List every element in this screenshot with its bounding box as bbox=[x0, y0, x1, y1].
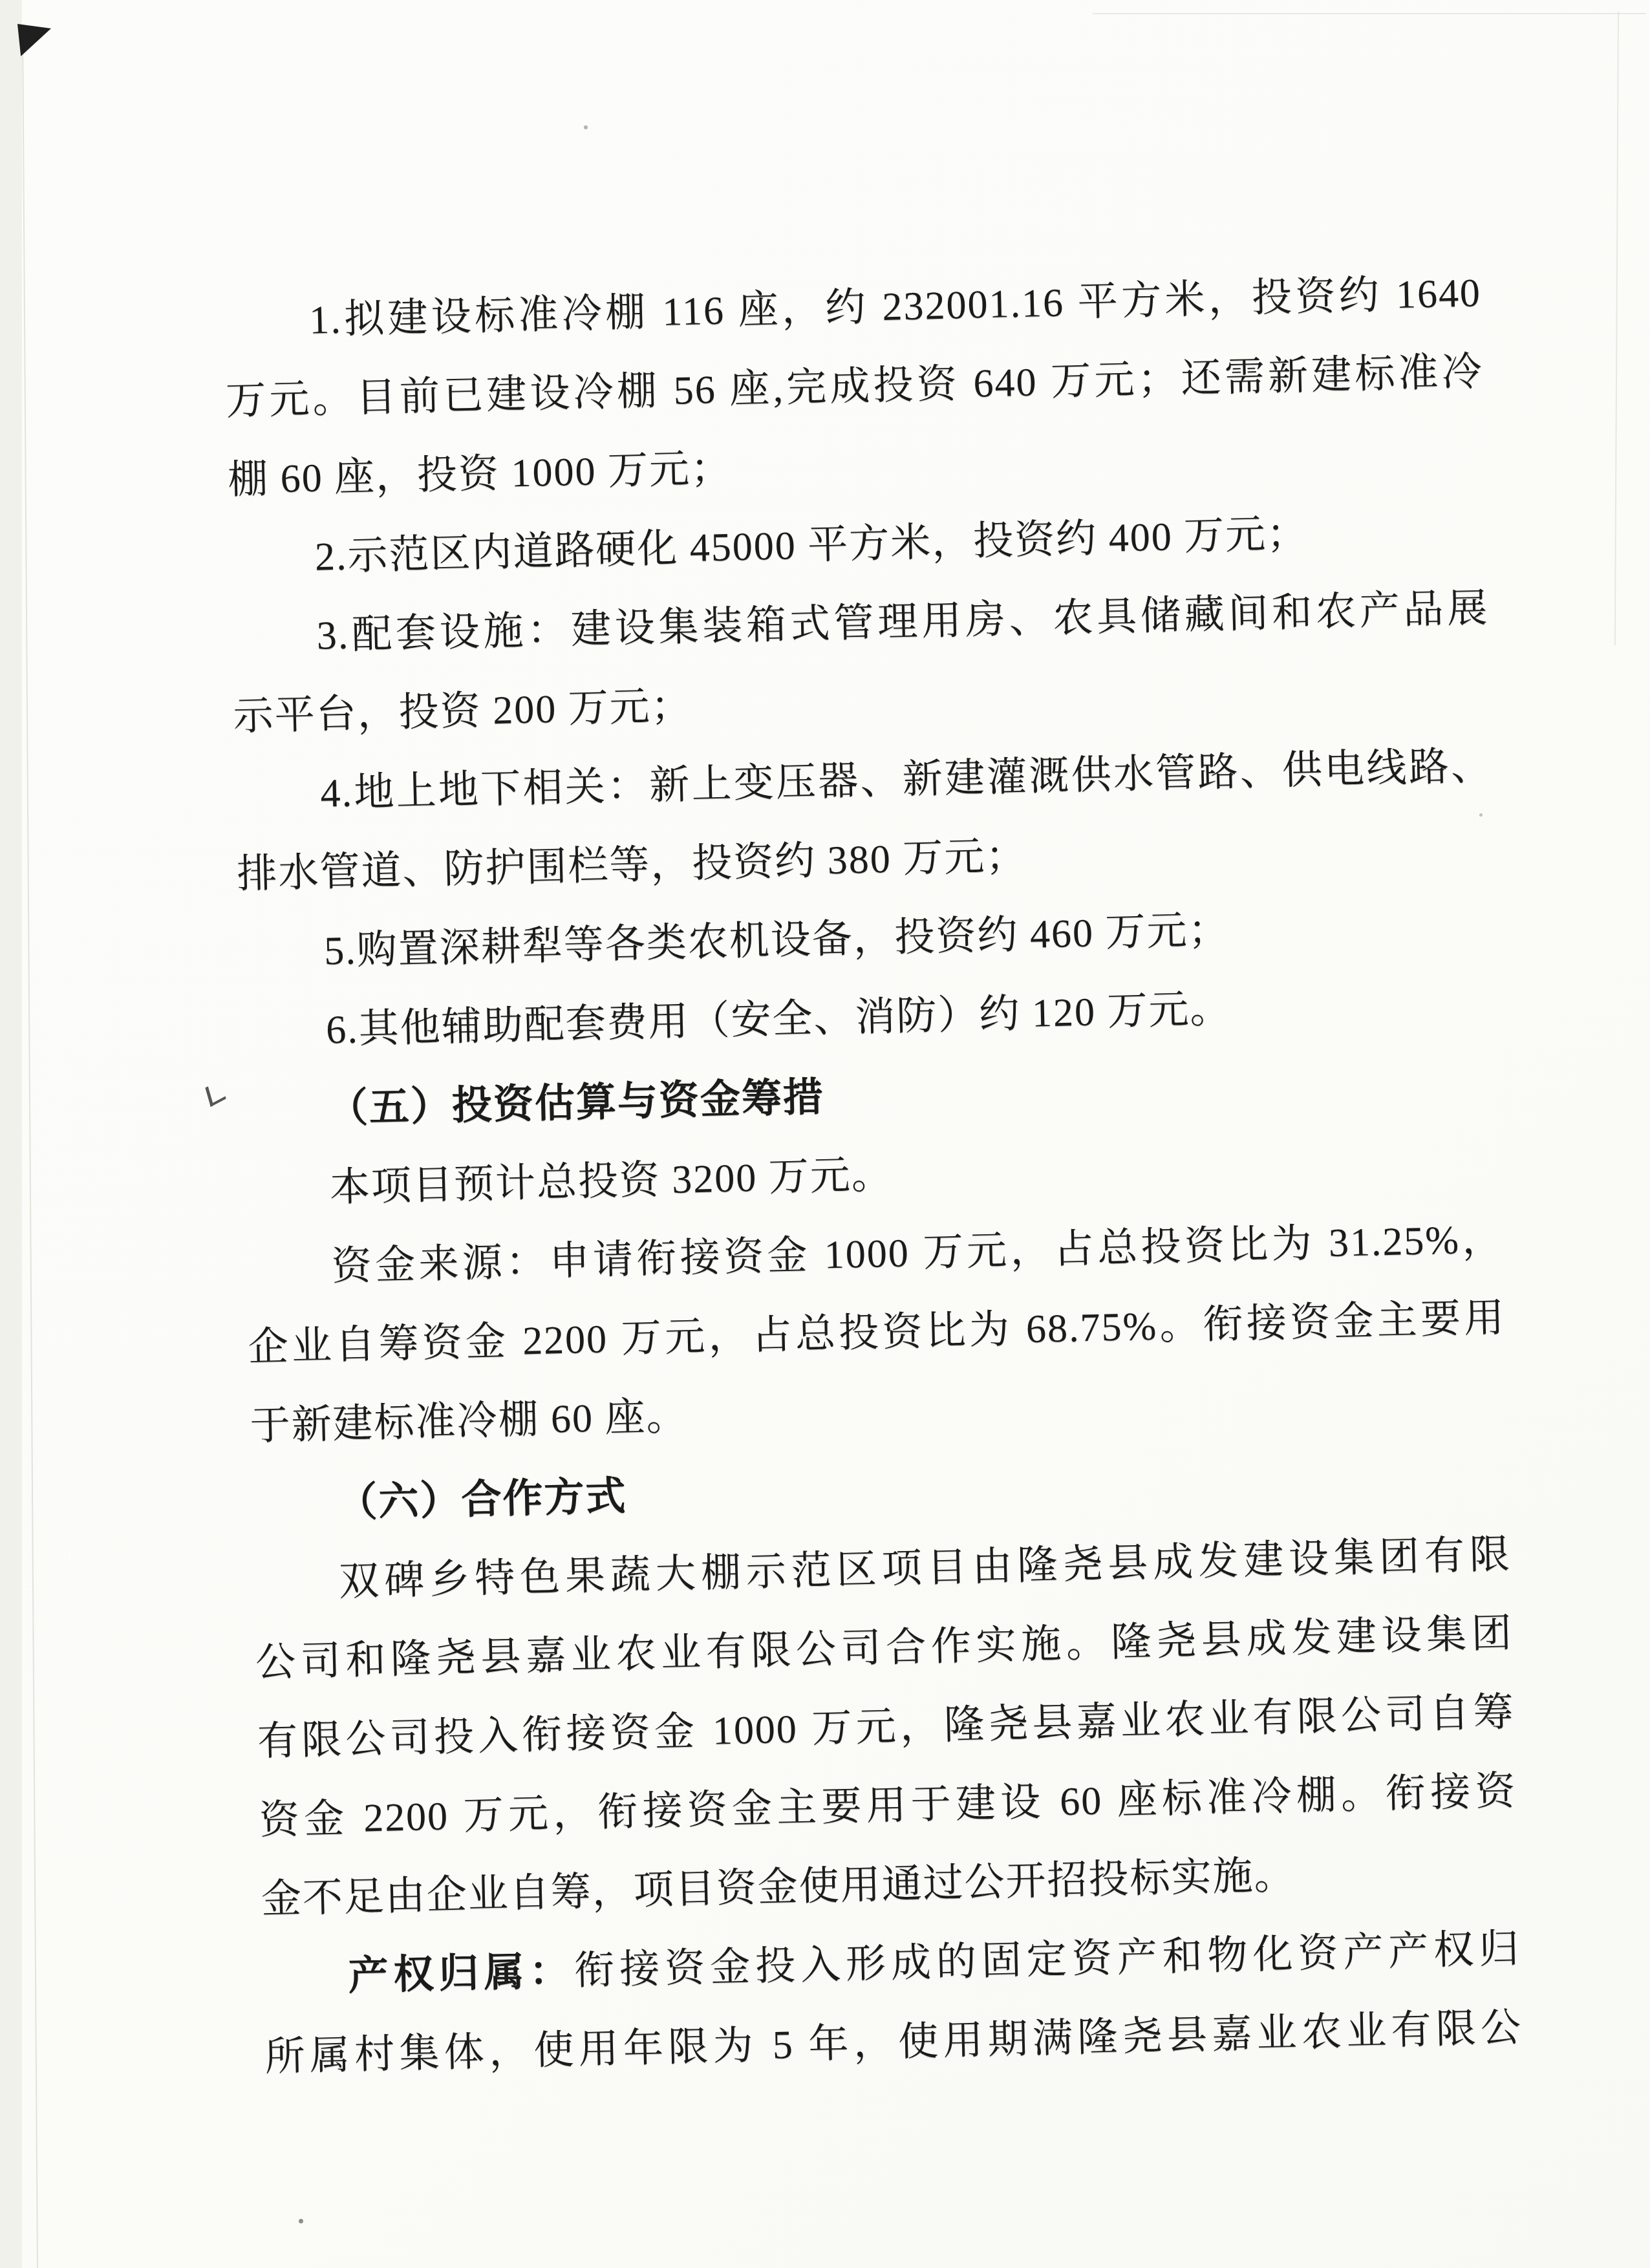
dust-speck bbox=[584, 125, 588, 129]
page-edge-top bbox=[1093, 13, 1646, 14]
page-edge-left bbox=[22, 26, 38, 2268]
corner-fold-mark bbox=[17, 24, 51, 56]
scanned-page: 1.拟建设标准冷棚 116 座，约 232001.16 平方米，投资约 1640… bbox=[0, 0, 1650, 2268]
dust-speck bbox=[299, 2219, 303, 2223]
page-edge-right bbox=[1614, 12, 1619, 645]
document-text: 1.拟建设标准冷棚 116 座，约 232001.16 平方米，投资约 1640… bbox=[223, 253, 1523, 2097]
check-mark-smudge bbox=[205, 1080, 226, 1107]
scan-background-strip bbox=[0, 0, 22, 2268]
